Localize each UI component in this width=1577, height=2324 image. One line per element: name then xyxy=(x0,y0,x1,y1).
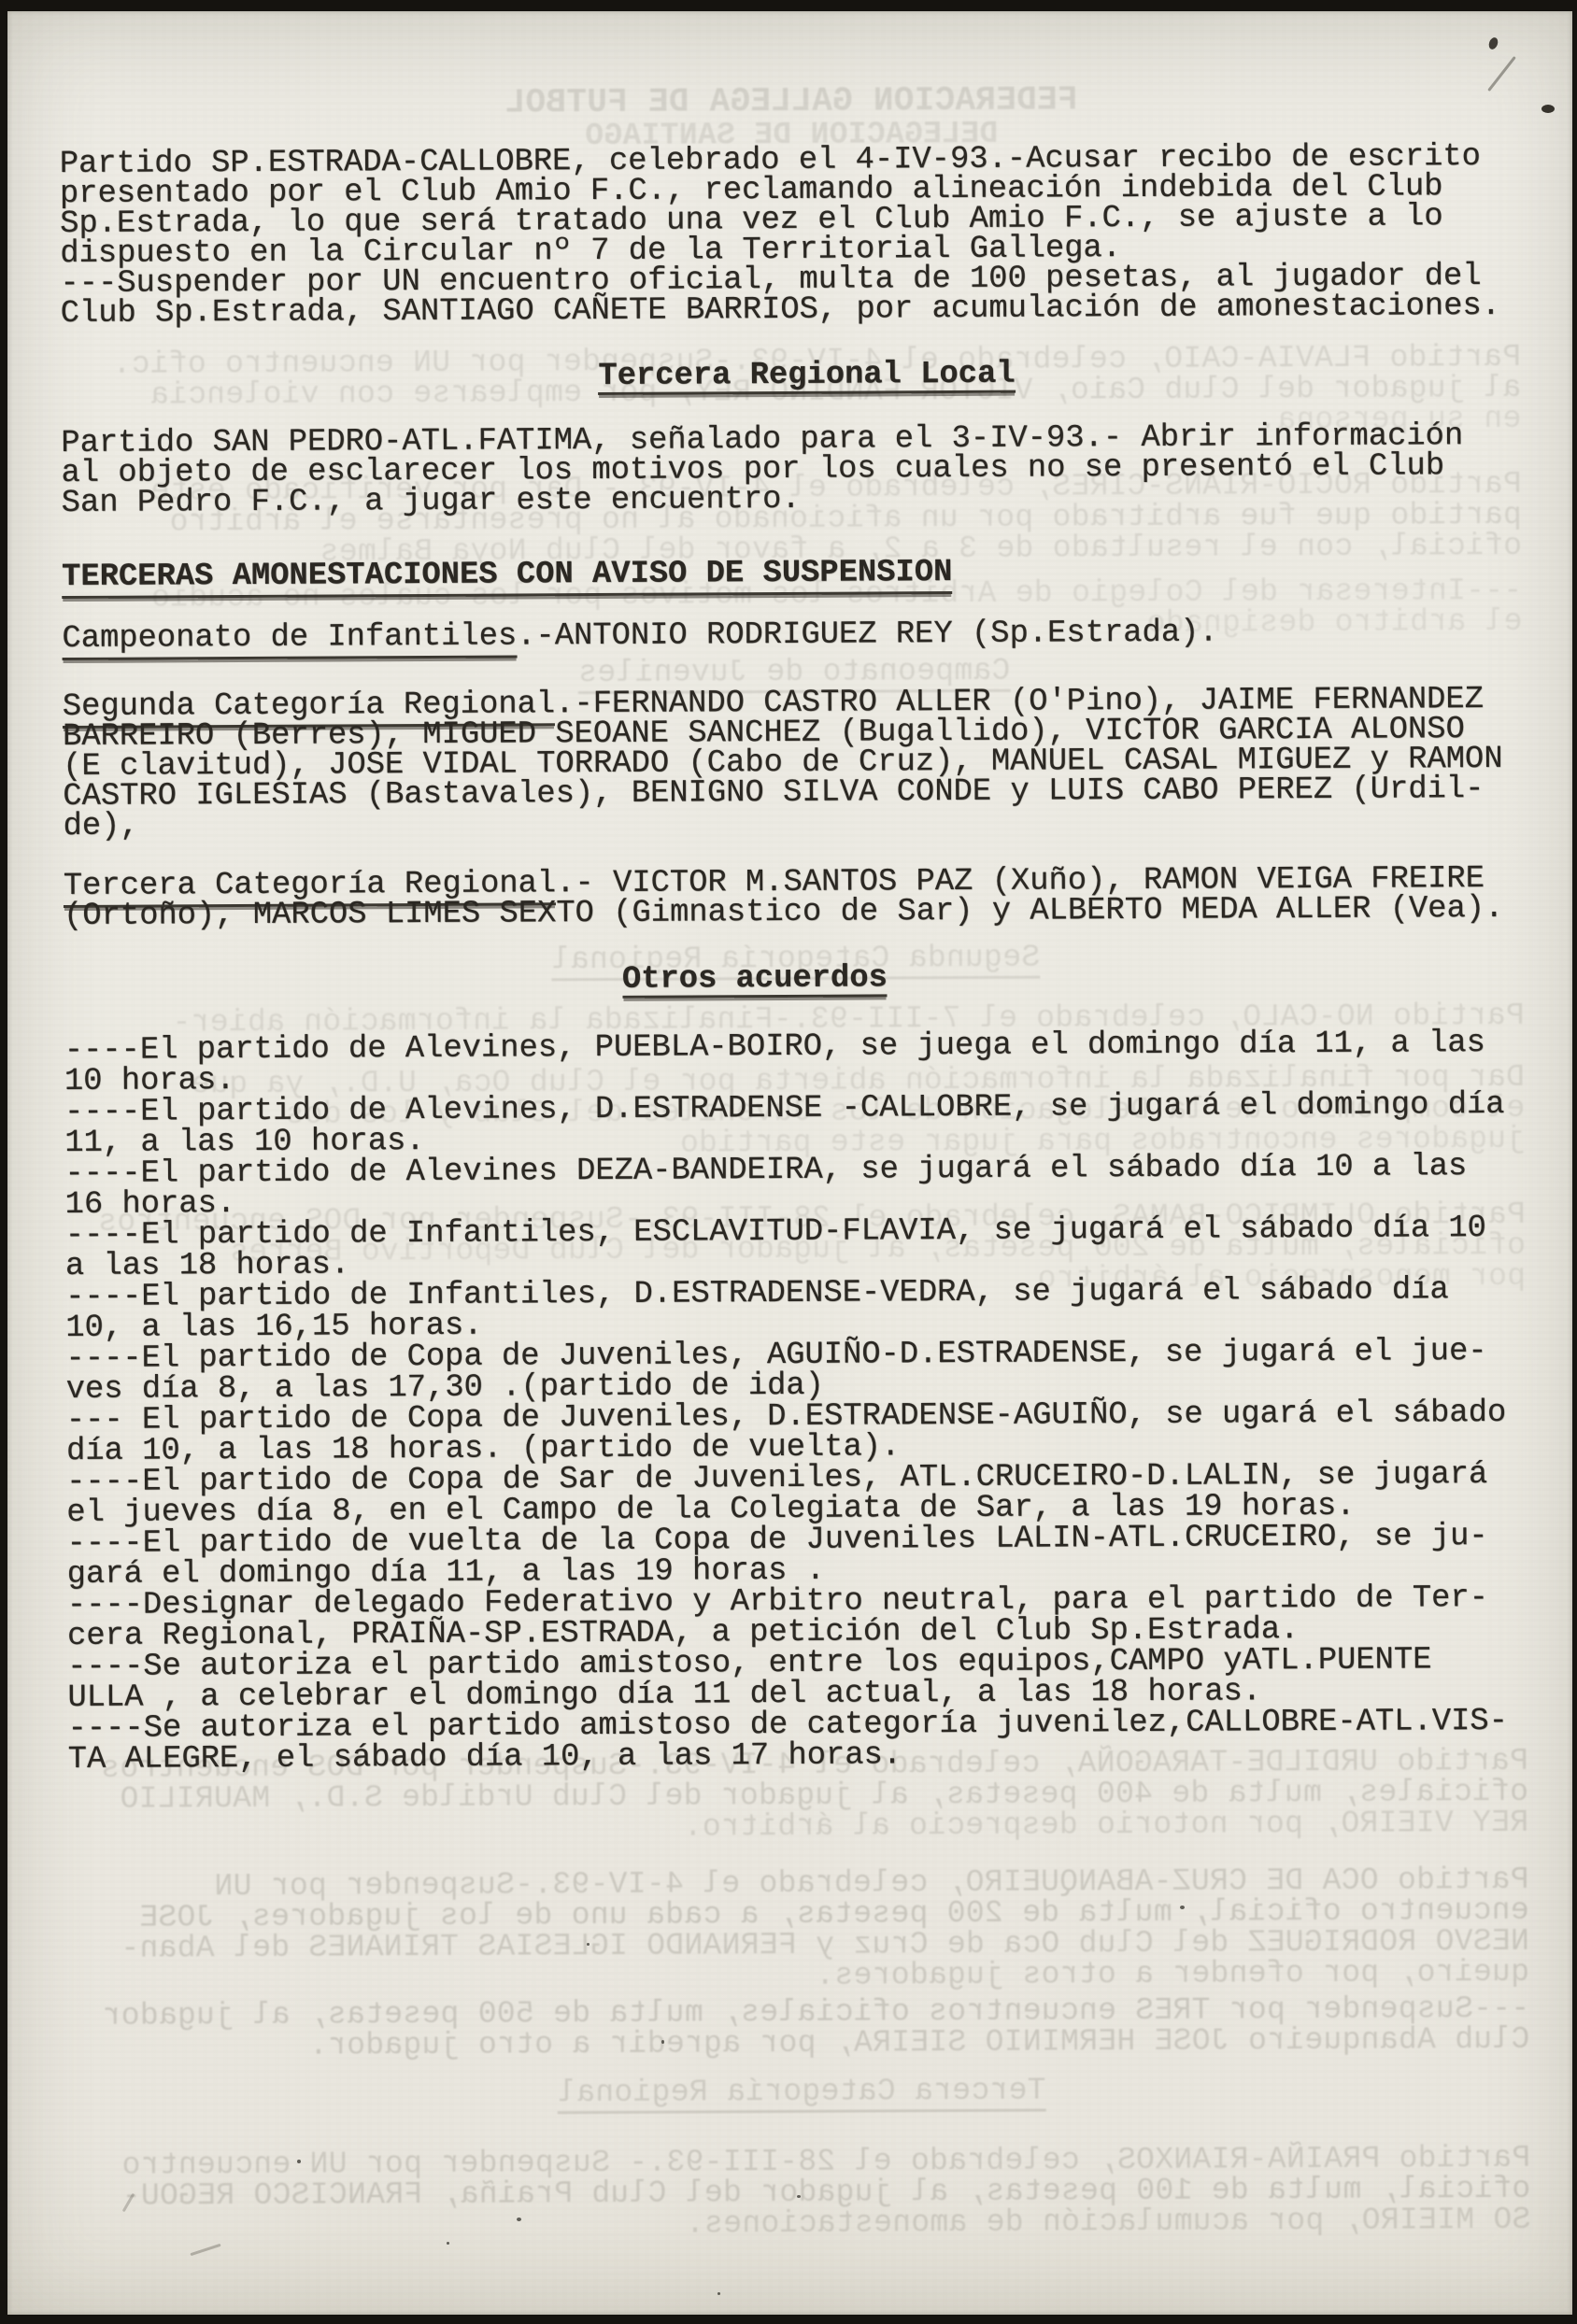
text-line: ----El partido de Infantiles, D.ESTRADEN… xyxy=(65,1275,1531,1313)
list-entry: ----El partido de Alevines, D.ESTRADENSE… xyxy=(64,1090,1530,1159)
list-entry: ----El partido de vuelta de la Copa de J… xyxy=(66,1522,1532,1591)
ink-speck xyxy=(1180,1906,1185,1909)
paper: FEDERACION GALLEGA DE FUTBOLDELEGACION D… xyxy=(7,11,1572,2315)
paragraph: Segunda Categoría Regional.-FERNANDO CAS… xyxy=(63,685,1529,842)
paragraph: Campeonato de Infantiles.-ANTONIO RODRIG… xyxy=(62,616,1527,654)
text-line: ----El partido de Infantiles, ESCLAVITUD… xyxy=(65,1213,1531,1252)
text-line: (Ortoño), MARCOS LIMES SEXTO (Gimnastico… xyxy=(64,894,1529,931)
list-entry: ----El partido de Alevines, PUEBLA-BOIRO… xyxy=(64,1028,1530,1098)
list-entry: ----El partido de Copa de Sar de Juvenil… xyxy=(66,1460,1532,1529)
text-line: ----El partido de Alevines, D.ESTRADENSE… xyxy=(64,1090,1530,1128)
text-line: ----El partido de Alevines DEZA-BANDEIRA… xyxy=(64,1152,1530,1190)
paragraph: Tercera Categoría Regional.- VICTOR M.SA… xyxy=(64,864,1529,931)
ink-speck xyxy=(447,2242,449,2245)
underlined-lead: Campeonato de Infantiles xyxy=(62,618,517,660)
section-heading-text: Tercera Regional Local xyxy=(598,360,1015,395)
section-heading-text: TERCERAS AMONESTACIONES CON AVISO DE SUS… xyxy=(62,555,952,599)
text-line: Campeonato de Infantiles.-ANTONIO RODRIG… xyxy=(62,616,1527,654)
ink-speck xyxy=(797,2195,801,2198)
list-entry: ----El partido de Alevines DEZA-BANDEIRA… xyxy=(64,1152,1530,1221)
list-entry: ----El partido de Infantiles, ESCLAVITUD… xyxy=(65,1213,1531,1282)
paragraph: Partido SAN PEDRO-ATL.FATIMA, señalado p… xyxy=(61,421,1527,518)
list-entry: ----Designar delegado Federativo y Arbit… xyxy=(67,1583,1533,1652)
paragraph: Partido SP.ESTRADA-CALLOBRE, celebrado e… xyxy=(60,142,1527,329)
text-line: TA ALEGRE, el sábado día 10, a las 17 ho… xyxy=(68,1737,1534,1776)
ink-speck xyxy=(661,2040,664,2044)
ink-speck xyxy=(297,2160,301,2163)
text-line: ----El partido de Alevines, PUEBLA-BOIRO… xyxy=(64,1028,1530,1067)
section-heading: Otros acuerdos xyxy=(64,960,1529,1001)
section-heading-text: Otros acuerdos xyxy=(622,963,888,998)
agreements-list: ----El partido de Alevines, PUEBLA-BOIRO… xyxy=(64,1028,1534,1776)
text-line: Club Sp.Estrada, SANTIAGO CAÑETE BARRIOS… xyxy=(61,291,1527,329)
text-line: CASTRO IGLESIAS (Bastavales), BENIGNO SI… xyxy=(63,774,1528,812)
lead-rest: .-ANTONIO RODRIGUEZ REY (Sp.Estrada). xyxy=(517,616,1218,655)
text-line: San Pedro F.C., a jugar este encuentro. xyxy=(62,481,1527,518)
ink-speck xyxy=(587,1943,590,1946)
list-entry: ----El partido de Copa de Juveniles, AGU… xyxy=(65,1337,1531,1406)
ink-blob xyxy=(1541,105,1555,113)
list-entry: ----Se autoriza el partido amistoso de c… xyxy=(67,1707,1533,1776)
scan-background: { "page": { "paper_color": "#eceae2", "i… xyxy=(0,0,1577,2324)
ink-speck xyxy=(517,2218,521,2221)
list-entry: ----El partido de Infantiles, D.ESTRADEN… xyxy=(65,1275,1531,1344)
ink-speck xyxy=(717,2292,720,2295)
scan-rotation-wrapper: FEDERACION GALLEGA DE FUTBOLDELEGACION D… xyxy=(7,11,1572,2315)
text-layer: Partido SP.ESTRADA-CALLOBRE, celebrado e… xyxy=(7,11,1572,2315)
list-entry: --- El partido de Copa de Juveniles, D.E… xyxy=(66,1398,1532,1467)
list-entry: ----Se autoriza el partido amistoso, ent… xyxy=(67,1645,1533,1714)
section-heading: TERCERAS AMONESTACIONES CON AVISO DE SUS… xyxy=(62,555,1527,596)
section-heading: Tercera Regional Local xyxy=(61,357,1527,398)
